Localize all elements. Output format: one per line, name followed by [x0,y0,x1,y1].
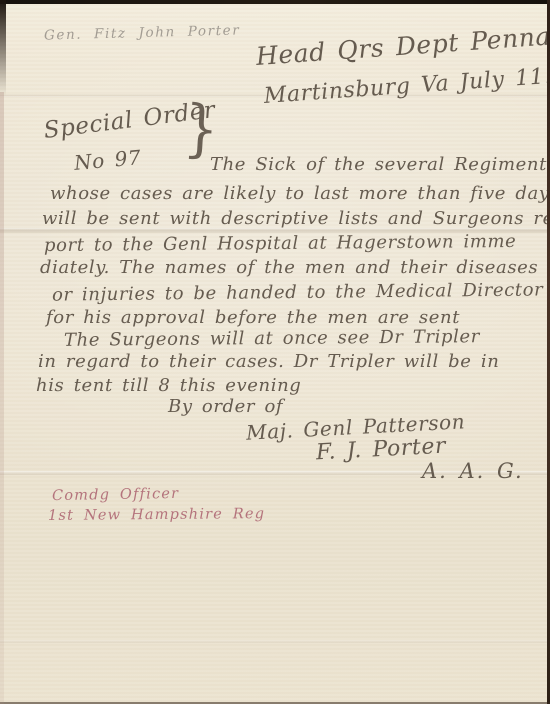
brace-mark: } [182,97,221,162]
body-line-9: in regard to their cases. Dr Tripler wil… [38,353,499,371]
paper-edge-left [0,92,4,704]
body-line-4: port to the Genl Hospital at Hagerstown … [44,233,517,255]
body-line-6: or injuries to be handed to the Medical … [52,281,544,304]
body-line-2: whose cases are likely to last more than… [50,185,550,203]
body-line-8: The Surgeons will at once see Dr Tripler [64,328,480,350]
heading-office-line: Head Qrs Dept Penna [255,23,550,69]
scanned-letter-photo: Gen. Fitz John Porter Head Qrs Dept Penn… [0,0,550,704]
docket-line-1: Comdg Officer [52,487,179,504]
heading-place-date-line: Martinsburg Va July 11. 1861 [263,61,550,108]
photo-edge-top [0,0,550,4]
body-line-5: diately. The names of the men and their … [40,259,538,277]
body-line-7: for his approval before the men are sent [46,309,460,327]
special-order-number: No 97 [73,147,142,173]
body-line-3: will be sent with descriptive lists and … [42,210,550,228]
pencil-annotation: Gen. Fitz John Porter [44,24,241,43]
docket-line-2: 1st New Hampshire Reg [48,507,265,523]
paper-crease-bottom [0,640,550,643]
body-line-1: The Sick of the several Regiments [210,156,550,174]
body-line-10: his tent till 8 this evening [36,377,301,395]
photo-edge-top-left-corner [0,0,6,96]
by-order-line: By order of [168,398,283,416]
signer-title-line: A. A. G. [422,461,524,482]
